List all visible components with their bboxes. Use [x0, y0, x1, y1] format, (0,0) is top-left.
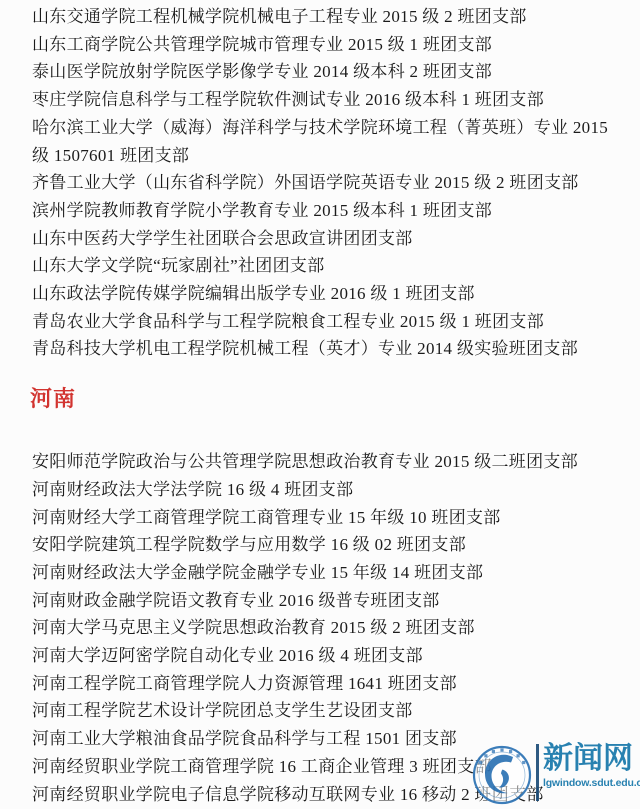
list-item: 哈尔滨工业大学（威海）海洋科学与技术学院环境工程（菁英班）专业 2015 级 1… — [32, 114, 615, 169]
document-page: 山东交通学院工程机械学院机械电子工程专业 2015 级 2 班团支部山东工商学院… — [0, 0, 640, 809]
document-body: 山东交通学院工程机械学院机械电子工程专业 2015 级 2 班团支部山东工商学院… — [0, 0, 640, 808]
list-item: 河南工程学院工商管理学院人力资源管理 1641 班团支部 — [32, 670, 615, 698]
list-item: 青岛科技大学机电工程学院机械工程（英才）专业 2014 级实验班团支部 — [32, 335, 615, 363]
branch-list: 安阳师范学院政治与公共管理学院思想政治教育专业 2015 级二班团支部河南财经政… — [32, 448, 615, 808]
list-item: 河南工程学院艺术设计学院团总支学生艺设团支部 — [32, 697, 615, 725]
list-item: 枣庄学院信息科学与工程学院软件测试专业 2016 级本科 1 班团支部 — [32, 86, 615, 114]
list-item: 山东大学文学院“玩家剧社”社团团支部 — [32, 252, 615, 280]
section-heading-henan: 河南 — [30, 384, 615, 414]
list-item: 滨州学院教师教育学院小学教育专业 2015 级本科 1 班团支部 — [32, 197, 615, 225]
list-item: 青岛农业大学食品科学与工程学院粮食工程专业 2015 级 1 班团支部 — [32, 308, 615, 336]
list-item: 山东政法学院传媒学院编辑出版学专业 2016 级 1 班团支部 — [32, 280, 615, 308]
list-item: 山东交通学院工程机械学院机械电子工程专业 2015 级 2 班团支部 — [32, 3, 615, 31]
branch-list: 山东交通学院工程机械学院机械电子工程专业 2015 级 2 班团支部山东工商学院… — [32, 3, 615, 363]
list-item: 河南大学马克思主义学院思想政治教育 2015 级 2 班团支部 — [32, 614, 615, 642]
section-henan: 河南 安阳师范学院政治与公共管理学院思想政治教育专业 2015 级二班团支部河南… — [32, 384, 615, 808]
list-item: 泰山医学院放射学院医学影像学专业 2014 级本科 2 班团支部 — [32, 58, 615, 86]
list-item: 山东中医药大学学生社团联合会思政宣讲团团支部 — [32, 225, 615, 253]
list-item: 河南财政金融学院语文教育专业 2016 级普专班团支部 — [32, 587, 615, 615]
list-item: 安阳学院建筑工程学院数学与应用数学 16 级 02 班团支部 — [32, 531, 615, 559]
section-shandong-continued: 山东交通学院工程机械学院机械电子工程专业 2015 级 2 班团支部山东工商学院… — [32, 3, 615, 363]
list-item: 齐鲁工业大学（山东省科学院）外国语学院英语专业 2015 级 2 班团支部 — [32, 169, 615, 197]
list-item: 山东工商学院公共管理学院城市管理专业 2015 级 1 班团支部 — [32, 31, 615, 59]
list-item: 河南财经政法大学金融学院金融学专业 15 年级 14 班团支部 — [32, 559, 615, 587]
list-item: 河南财经大学工商管理学院工商管理专业 15 年级 10 班团支部 — [32, 504, 615, 532]
list-item: 安阳师范学院政治与公共管理学院思想政治教育专业 2015 级二班团支部 — [32, 448, 615, 476]
list-item: 河南大学迈阿密学院自动化专业 2016 级 4 班团支部 — [32, 642, 615, 670]
list-item: 河南经贸职业学院工商管理学院 16 工商企业管理 3 班团支部 — [32, 753, 615, 781]
list-item: 河南经贸职业学院电子信息学院移动互联网专业 16 移动 2 班团支部 — [32, 781, 615, 809]
list-item: 河南工业大学粮油食品学院食品科学与工程 1501 团支部 — [32, 725, 615, 753]
list-item: 河南财经政法大学法学院 16 级 4 班团支部 — [32, 476, 615, 504]
